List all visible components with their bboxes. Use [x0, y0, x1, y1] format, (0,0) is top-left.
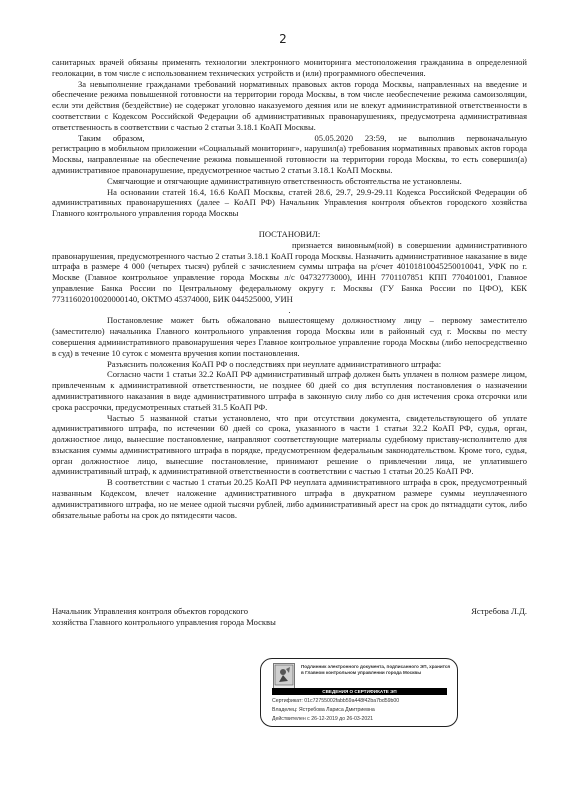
certificate-number: Сертификат: 01c72755002fabb59a448f42ba7b…: [272, 698, 399, 704]
document-body: санитарных врачей обязаны применять техн…: [52, 57, 527, 520]
paragraph-enforcement: Частью 5 названной статьи установлено, ч…: [52, 413, 527, 478]
paragraph-penalty: признается виновным(ной) в совершении ад…: [52, 240, 527, 305]
paragraph-basis: На основании статей 16.4, 16.6 КоАП Моск…: [52, 187, 527, 219]
moscow-coat-of-arms-icon: [273, 663, 295, 689]
page-number: 2: [0, 32, 566, 46]
signatory-name: Ястребова Л.Д.: [471, 606, 527, 617]
signatory-position: Начальник Управления контроля объектов г…: [52, 606, 282, 628]
paragraph-payment-deadline: Согласно части 1 статьи 32.2 КоАП РФ адм…: [52, 369, 527, 412]
paragraph-liability: За невыполнение гражданами требований но…: [52, 79, 527, 133]
paragraph-explanation: Разъяснить положения КоАП РФ о последств…: [52, 359, 527, 370]
certificate-validity: Действителен с 26-12-2019 до 26-03-2021: [272, 716, 373, 722]
uin-placeholder: .: [52, 305, 527, 316]
certificate-info-title: СВЕДЕНИЯ О СЕРТИФИКАТЕ ЭП: [272, 688, 447, 695]
paragraph-violation: Таким образом,05.05.2020 23:59, не выпол…: [52, 133, 527, 176]
stamp-header: Подлинник электронного документа, подпис…: [301, 664, 451, 676]
resolution-title: ПОСТАНОВИЛ:: [52, 229, 527, 240]
paragraph-appeal: Постановление может быть обжаловано выше…: [52, 315, 527, 358]
certificate-owner: Владелец: Ястребова Лариса Дмитриевна: [272, 707, 375, 713]
paragraph-circumstances: Смягчающие и отягчающие административную…: [52, 176, 527, 187]
paragraph-nonpayment: В соответствии с частью 1 статьи 20.25 К…: [52, 477, 527, 520]
paragraph-monitoring: санитарных врачей обязаны применять техн…: [52, 57, 527, 79]
violation-intro: Таким образом,: [78, 133, 145, 143]
electronic-signature-stamp: Подлинник электронного документа, подпис…: [260, 658, 458, 727]
